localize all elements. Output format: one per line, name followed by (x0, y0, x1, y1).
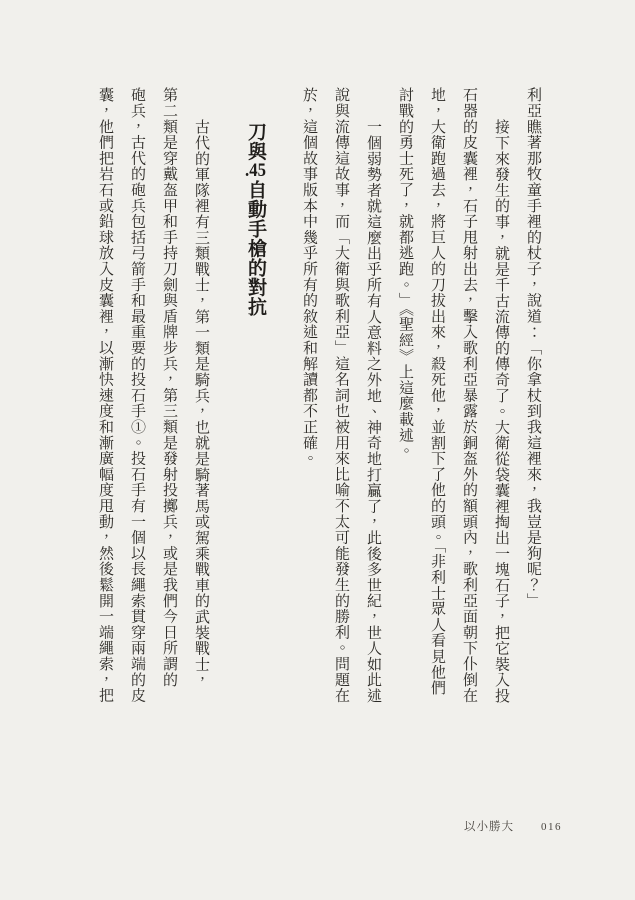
main-text-block: 利亞瞧著那牧童手裡的杖子，說道：「你拿杖到我這裡來，我豈是狗呢？」接下來發生的事… (89, 87, 549, 711)
text-line: 說與流傳這故事，而「大衛與歌利亞」這名詞也被用來比喻不太可能發生的勝利。問題在 (325, 87, 357, 711)
text-line: 石器的皮囊裡，石子甩射出去，擊入歌利亞暴露於銅盔外的額頭內，歌利亞面朝下仆倒在 (453, 87, 485, 711)
running-title: 以小勝大 (464, 818, 514, 834)
text-line: 一個弱勢者就這麼出乎所有人意料之外地、神奇地打贏了，此後多世紀，世人如此述 (357, 87, 389, 711)
text-line: 地，大衛跑過去，將巨人的刀拔出來，殺死他，並割下了他的頭。「非利士眾人看見他們 (421, 87, 453, 711)
paragraph: 利亞瞧著那牧童手裡的杖子，說道：「你拿杖到我這裡來，我豈是狗呢？」 (517, 87, 549, 711)
section-heading-pre: 刀與 (245, 122, 266, 161)
text-line: 於，這個故事版本中幾乎所有的敘述和解讀都不正確。 (293, 87, 325, 711)
paragraph: 接下來發生的事，就是千古流傳的傳奇了。大衛從袋囊裡掏出一塊石子，把它裝入投石器的… (389, 87, 517, 711)
text-line: 砲兵，古代的砲兵包括弓箭手和最重要的投石手①。投石手有一個以長繩索貫穿兩端的皮 (121, 87, 153, 711)
text-line: 接下來發生的事，就是千古流傳的傳奇了。大衛從袋囊裡掏出一塊石子，把它裝入投 (485, 87, 517, 711)
page-footer: 以小勝大 016 (464, 818, 562, 834)
section-heading-post: 自動手槍的對抗 (245, 180, 266, 317)
section-heading-caliber-number: .45 (245, 161, 266, 180)
text-line: 囊，他們把岩石或鉛球放入皮囊裡，以漸快速度和漸廣幅度甩動，然後鬆開一端繩索，把 (89, 87, 121, 711)
text-line: 討戰的勇士死了，就都逃跑。」《聖經》上這麼載述。 (389, 87, 421, 711)
book-page: 利亞瞧著那牧童手裡的杖子，說道：「你拿杖到我這裡來，我豈是狗呢？」接下來發生的事… (0, 0, 635, 900)
text-line: 利亞瞧著那牧童手裡的杖子，說道：「你拿杖到我這裡來，我豈是狗呢？」 (517, 87, 549, 711)
section-heading: 刀與.45自動手槍的對抗 (240, 87, 270, 711)
text-line: 古代的軍隊裡有三類戰士，第一類是騎兵，也就是騎著馬或駕乘戰車的武裝戰士， (185, 87, 217, 711)
paragraph: 古代的軍隊裡有三類戰士，第一類是騎兵，也就是騎著馬或駕乘戰車的武裝戰士，第二類是… (89, 87, 217, 711)
text-line: 第二類是穿戴盔甲和手持刀劍與盾牌步兵，第三類是發射投擲兵，或是我們今日所謂的 (153, 87, 185, 711)
page-number: 016 (541, 821, 562, 833)
paragraph: 一個弱勢者就這麼出乎所有人意料之外地、神奇地打贏了，此後多世紀，世人如此述說與流… (293, 87, 389, 711)
